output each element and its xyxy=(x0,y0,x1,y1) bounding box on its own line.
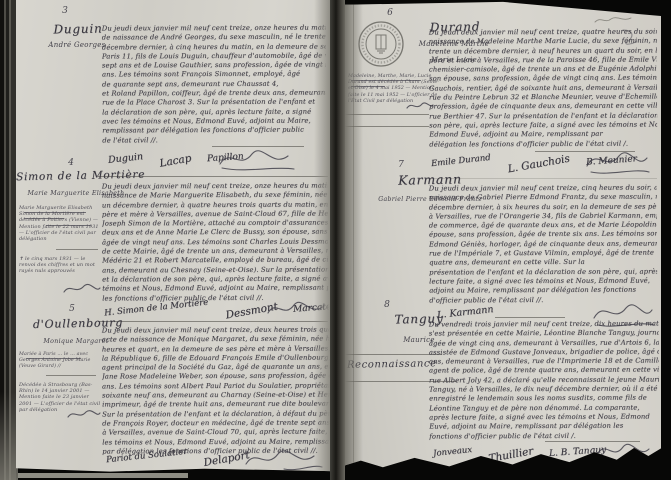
act-body-text: Du jeudi deux janvier mil neuf cent trei… xyxy=(102,24,327,146)
strikethrough-mark xyxy=(24,212,86,213)
margin-marriage-note: Mariée à Paris … le … avec Georges Antoi… xyxy=(19,352,103,371)
register-scan: 3 Duguin André Georges Du jeudi deux jan… xyxy=(0,0,671,480)
entry-number: 5 xyxy=(58,304,86,314)
entry-surname: Simon de la Mortière xyxy=(16,169,136,184)
signature-paraph xyxy=(244,446,324,472)
strikethrough-mark xyxy=(26,358,81,359)
strikethrough-mark xyxy=(46,225,91,226)
page-mark: 4 xyxy=(651,452,655,460)
act-body-text: Du jeudi deux janvier mil neuf cent trei… xyxy=(102,182,329,304)
margin-death-note: Marie Marguerite Elisabeth Simon de la M… xyxy=(19,205,101,242)
strikethrough-mark xyxy=(24,218,64,219)
entry-number: 8 xyxy=(373,300,401,310)
signature-row: JonveauxThuillierL. B. Tanguy xyxy=(433,447,607,459)
note-underline xyxy=(56,249,98,250)
entry-number: 6 xyxy=(375,8,405,18)
right-page: 6 Durand Madeleine Marthe Marie Lucie Ma… xyxy=(345,0,661,472)
entry-number: 3 xyxy=(50,6,80,16)
act-body-text: Du jeudi deux janvier mil neuf cent trei… xyxy=(429,28,658,150)
signature-paraph xyxy=(62,282,102,296)
closing-underline xyxy=(495,317,565,318)
circular-stamp-seal xyxy=(357,20,405,68)
left-page: 3 Duguin André Georges Du jeudi deux jan… xyxy=(16,0,330,473)
book-gutter xyxy=(330,0,345,480)
book-edge-highlight xyxy=(0,392,18,480)
signature-row: Pariot du SoulatierDelaport xyxy=(106,451,250,463)
entry-number: 4 xyxy=(56,158,86,168)
pencil-annotation-scribble xyxy=(593,12,633,28)
gutter-shadow-left-page xyxy=(314,0,330,473)
act-body-text: Du jeudi deux janvier mil neuf cent trei… xyxy=(102,326,331,457)
signature-paraph xyxy=(593,437,653,465)
act-body-text: Du vendredi trois janvier mil neuf cent … xyxy=(429,319,660,441)
gutter-shadow-right-page xyxy=(345,0,363,472)
signature-paraph xyxy=(583,146,651,176)
note-underline xyxy=(46,375,96,376)
signature-paraph xyxy=(66,408,102,421)
margin-correction-note: ✝ le cinq mars 1931 — le renvoi des chif… xyxy=(19,256,97,275)
act-body-text: Du jeudi deux janvier mil neuf cent trei… xyxy=(429,184,658,306)
under-page-edge xyxy=(18,473,188,478)
signature-paraph xyxy=(216,146,296,172)
entry-number: 7 xyxy=(387,160,415,170)
